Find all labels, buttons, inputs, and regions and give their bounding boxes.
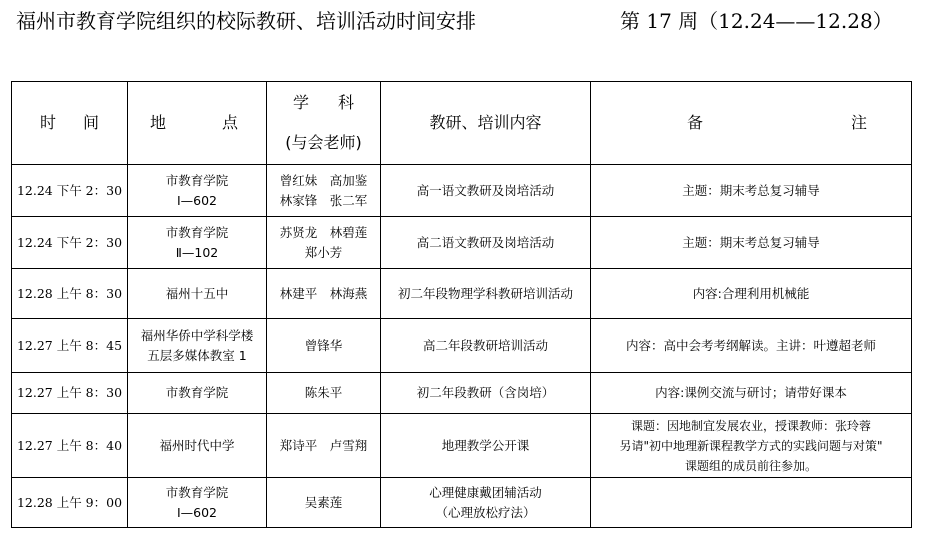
cell-notes: 主题：期末考总复习辅导 (591, 165, 912, 217)
place-line: 市教育学院 (128, 383, 266, 403)
notes-line: 课题：因地制宜发展农业，授课教师：张玲蓉 (591, 416, 911, 436)
cell-time: 12.27 上午 8：45 (12, 319, 128, 373)
header-subject: 学科 (与会老师) (267, 82, 381, 165)
header-notes-char-1: 备 (687, 108, 703, 138)
notes-line: 内容:课例交流与研讨；请带好课本 (591, 383, 911, 403)
content-line: 高二语文教研及岗培活动 (381, 233, 590, 253)
table-row: 12.24 下午 2：30 市教育学院Ⅱ—102 苏贤龙 林碧莲郑小芳 高二语文… (12, 217, 912, 269)
table-row: 12.28 上午 8：30 福州十五中 林建平 林海燕 初二年段物理学科教研培训… (12, 269, 912, 319)
cell-teachers: 吴素莲 (267, 478, 381, 528)
table-row: 12.28 上午 9：00 市教育学院Ⅰ—602 吴素莲 心理健康戴团辅活动（心… (12, 478, 912, 528)
place-line: 福州十五中 (128, 284, 266, 304)
cell-time: 12.28 上午 8：30 (12, 269, 128, 319)
place-line: 福州时代中学 (128, 436, 266, 456)
header-row: 时间 地点 学科 (与会老师) 教研、培训内容 备注 (12, 82, 912, 165)
content-line: 高二年段教研培训活动 (381, 336, 590, 356)
header-place-char-1: 地 (150, 108, 166, 138)
header-time-char-2: 间 (83, 108, 99, 138)
cell-place: 福州十五中 (128, 269, 267, 319)
content-line: （心理放松疗法） (381, 503, 590, 523)
teachers-line: 曾红妹 高加鉴 (267, 171, 380, 191)
notes-line: 另请"初中地理新课程教学方式的实践问题与对策" (591, 436, 911, 456)
cell-teachers: 曾红妹 高加鉴林家锋 张二军 (267, 165, 381, 217)
cell-notes (591, 478, 912, 528)
schedule-table: 时间 地点 学科 (与会老师) 教研、培训内容 备注 12.24 下午 2：30… (11, 81, 912, 528)
cell-content: 高一语文教研及岗培活动 (381, 165, 591, 217)
cell-place: 市教育学院Ⅰ—602 (128, 478, 267, 528)
cell-place: 市教育学院Ⅱ—102 (128, 217, 267, 269)
cell-notes: 课题：因地制宜发展农业，授课教师：张玲蓉另请"初中地理新课程教学方式的实践问题与… (591, 414, 912, 478)
cell-place: 福州时代中学 (128, 414, 267, 478)
notes-line: 内容:合理利用机械能 (591, 284, 911, 304)
teachers-line: 林建平 林海燕 (267, 284, 380, 304)
notes-line: 主题：期末考总复习辅导 (591, 181, 911, 201)
cell-time: 12.27 上午 8：30 (12, 373, 128, 414)
table-row: 12.27 上午 8：45 福州华侨中学科学楼五层多媒体教室 1 曾锋华 高二年… (12, 319, 912, 373)
place-line: 市教育学院 (128, 483, 266, 503)
cell-place: 福州华侨中学科学楼五层多媒体教室 1 (128, 319, 267, 373)
cell-time: 12.24 下午 2：30 (12, 217, 128, 269)
header-time-char-1: 时 (40, 108, 56, 138)
notes-line: 主题：期末考总复习辅导 (591, 233, 911, 253)
header-notes-char-2: 注 (851, 108, 867, 138)
table-row: 12.27 上午 8：40 福州时代中学 郑诗平 卢雪翔 地理教学公开课 课题：… (12, 414, 912, 478)
document-title: 福州市教育学院组织的校际教研、培训活动时间安排 第 17 周（12.24——12… (16, 6, 926, 36)
header-place-char-2: 点 (222, 108, 238, 138)
teachers-line: 林家锋 张二军 (267, 191, 380, 211)
teachers-line: 郑诗平 卢雪翔 (267, 436, 380, 456)
cell-place: 市教育学院 (128, 373, 267, 414)
cell-time: 12.24 下午 2：30 (12, 165, 128, 217)
title-main: 福州市教育学院组织的校际教研、培训活动时间安排 (16, 9, 476, 33)
cell-content: 初二年段教研（含岗培） (381, 373, 591, 414)
notes-line: 内容：高中会考考纲解读。主讲：叶遵超老师 (591, 336, 911, 356)
content-line: 初二年段物理学科教研培训活动 (381, 284, 590, 304)
cell-content: 高二语文教研及岗培活动 (381, 217, 591, 269)
header-subject-char-1: 学 (293, 88, 309, 118)
cell-notes: 内容：高中会考考纲解读。主讲：叶遵超老师 (591, 319, 912, 373)
place-line: 五层多媒体教室 1 (128, 346, 266, 366)
cell-notes: 内容:课例交流与研讨；请带好课本 (591, 373, 912, 414)
cell-content: 初二年段物理学科教研培训活动 (381, 269, 591, 319)
teachers-line: 曾锋华 (267, 336, 380, 356)
cell-teachers: 陈朱平 (267, 373, 381, 414)
place-line: Ⅰ—602 (128, 191, 266, 211)
header-content: 教研、培训内容 (381, 82, 591, 165)
place-line: 市教育学院 (128, 223, 266, 243)
header-subject-char-2: 科 (338, 88, 354, 118)
content-line: 地理教学公开课 (381, 436, 590, 456)
cell-teachers: 曾锋华 (267, 319, 381, 373)
title-week: 第 17 周（12.24——12.28） (620, 6, 893, 36)
cell-notes: 主题：期末考总复习辅导 (591, 217, 912, 269)
header-subject-sub: (与会老师) (267, 128, 380, 158)
cell-teachers: 林建平 林海燕 (267, 269, 381, 319)
cell-teachers: 郑诗平 卢雪翔 (267, 414, 381, 478)
header-notes: 备注 (591, 82, 912, 165)
content-line: 初二年段教研（含岗培） (381, 383, 590, 403)
cell-content: 地理教学公开课 (381, 414, 591, 478)
header-time: 时间 (12, 82, 128, 165)
place-line: 市教育学院 (128, 171, 266, 191)
teachers-line: 吴素莲 (267, 493, 380, 513)
cell-time: 12.28 上午 9：00 (12, 478, 128, 528)
cell-content: 心理健康戴团辅活动（心理放松疗法） (381, 478, 591, 528)
teachers-line: 苏贤龙 林碧莲 (267, 223, 380, 243)
table-row: 12.27 上午 8：30 市教育学院 陈朱平 初二年段教研（含岗培） 内容:课… (12, 373, 912, 414)
header-place: 地点 (128, 82, 267, 165)
cell-teachers: 苏贤龙 林碧莲郑小芳 (267, 217, 381, 269)
place-line: Ⅰ—602 (128, 503, 266, 523)
cell-time: 12.27 上午 8：40 (12, 414, 128, 478)
place-line: Ⅱ—102 (128, 243, 266, 263)
teachers-line: 郑小芳 (267, 243, 380, 263)
cell-notes: 内容:合理利用机械能 (591, 269, 912, 319)
content-line: 高一语文教研及岗培活动 (381, 181, 590, 201)
teachers-line: 陈朱平 (267, 383, 380, 403)
notes-line: 课题组的成员前往参加。 (591, 456, 911, 476)
table-row: 12.24 下午 2：30 市教育学院Ⅰ—602 曾红妹 高加鉴林家锋 张二军 … (12, 165, 912, 217)
place-line: 福州华侨中学科学楼 (128, 326, 266, 346)
content-line: 心理健康戴团辅活动 (381, 483, 590, 503)
cell-place: 市教育学院Ⅰ—602 (128, 165, 267, 217)
cell-content: 高二年段教研培训活动 (381, 319, 591, 373)
